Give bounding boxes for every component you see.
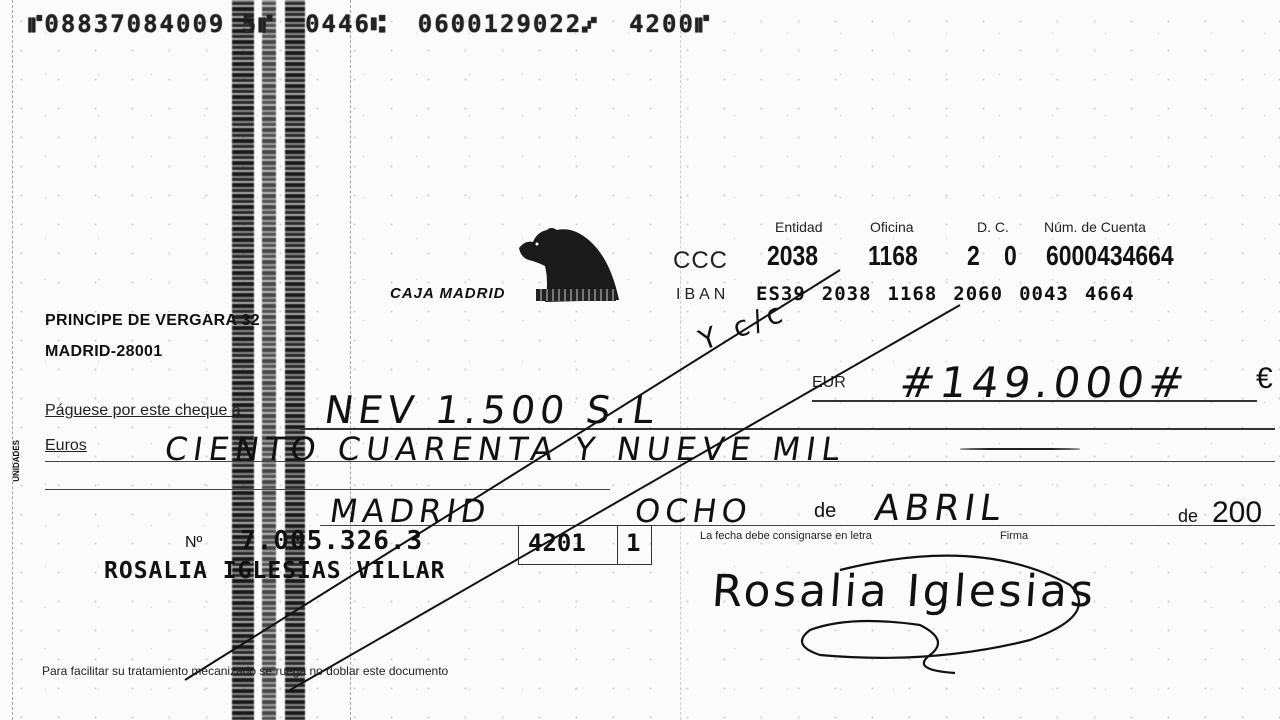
iban-block: 2060 (953, 283, 1003, 305)
series-digit: 1 (626, 529, 640, 557)
date-line (320, 525, 1275, 526)
account-holder-name: ROSALIA IGLESIAS VILLAR (104, 558, 446, 584)
amount-line (812, 400, 1257, 402)
ccc-dc-1: 2 (967, 240, 980, 272)
ccc-label: CCC (673, 247, 728, 275)
micr-segment: ⑈08837084009 5⑈ (28, 10, 275, 38)
iban-block: 4664 (1085, 283, 1135, 305)
logo-underline (536, 289, 616, 301)
series-box-divider (617, 525, 618, 565)
footer-note: Para facilitar su tratamiento mecanizado… (42, 664, 448, 678)
iban-block: 2038 (822, 283, 872, 305)
branch-address-line-1: PRINCIPE DE VERGARA 32 (45, 312, 260, 330)
amount-words-dash (960, 448, 1080, 450)
amount-label: EUR (812, 374, 846, 392)
euros-line (45, 461, 1275, 462)
payee-label: Páguese por este cheque a (45, 402, 241, 420)
scan-smudge-band (285, 0, 305, 720)
scan-smudge-band (262, 0, 276, 720)
date-note: La fecha debe consignarse en letra (700, 530, 872, 542)
series-code: 4201 (528, 529, 586, 557)
micr-line: ⑈08837084009 5⑈ 0446⑆ 0600129022⑇ 4200⑈ (28, 10, 711, 38)
iban-label: IBAN (676, 286, 729, 304)
ccc-dc-2: 0 (1004, 240, 1017, 272)
iban-block: 0043 (1019, 283, 1069, 305)
micr-segment: 0600129022⑇ (418, 10, 599, 38)
cheque-number-label: Nº (185, 534, 202, 552)
micr-segment: 4200⑈ (629, 10, 711, 38)
bank-name: CAJA MADRID (390, 285, 505, 302)
iban-value: ES39 2038 1168 2060 0043 4664 (756, 283, 1135, 305)
scan-smudge-band (232, 0, 254, 720)
payee-value: NEV 1.500 S.L (322, 388, 662, 432)
ccc-entidad: 2038 (767, 240, 818, 272)
cuenta-label: Núm. de Cuenta (1044, 219, 1146, 235)
branch-address-line-2: MADRID-28001 (45, 343, 162, 361)
cheque-number: 7.005.326.3 (240, 526, 423, 556)
scan-dotted-line (12, 0, 13, 720)
ccc-oficina: 1168 (868, 240, 918, 272)
scan-dotted-line (350, 0, 351, 720)
date-de-1: de (814, 500, 836, 523)
amount-in-words: CIENTO CUARENTA Y NUEVE MIL (162, 430, 848, 468)
date-de-2: de (1178, 506, 1198, 527)
iban-block: 1168 (888, 283, 938, 305)
scan-dotted-line (680, 0, 681, 720)
oficina-label: Oficina (870, 219, 914, 235)
micr-segment: 0446⑆ (305, 10, 387, 38)
side-print: UNIDADES (12, 440, 21, 482)
month-value: ABRIL (872, 488, 1008, 529)
euros-line-2 (45, 489, 610, 490)
signature-flourish (780, 545, 1120, 675)
euros-label: Euros (45, 437, 87, 455)
ccc-cuenta: 6000434664 (1046, 240, 1174, 272)
handwritten-annotation: Y c/c (694, 295, 791, 357)
dc-label: D. C. (977, 219, 1009, 235)
entidad-label: Entidad (775, 219, 822, 235)
signature-label: Firma (1000, 530, 1028, 542)
currency-symbol: € (1256, 362, 1273, 396)
